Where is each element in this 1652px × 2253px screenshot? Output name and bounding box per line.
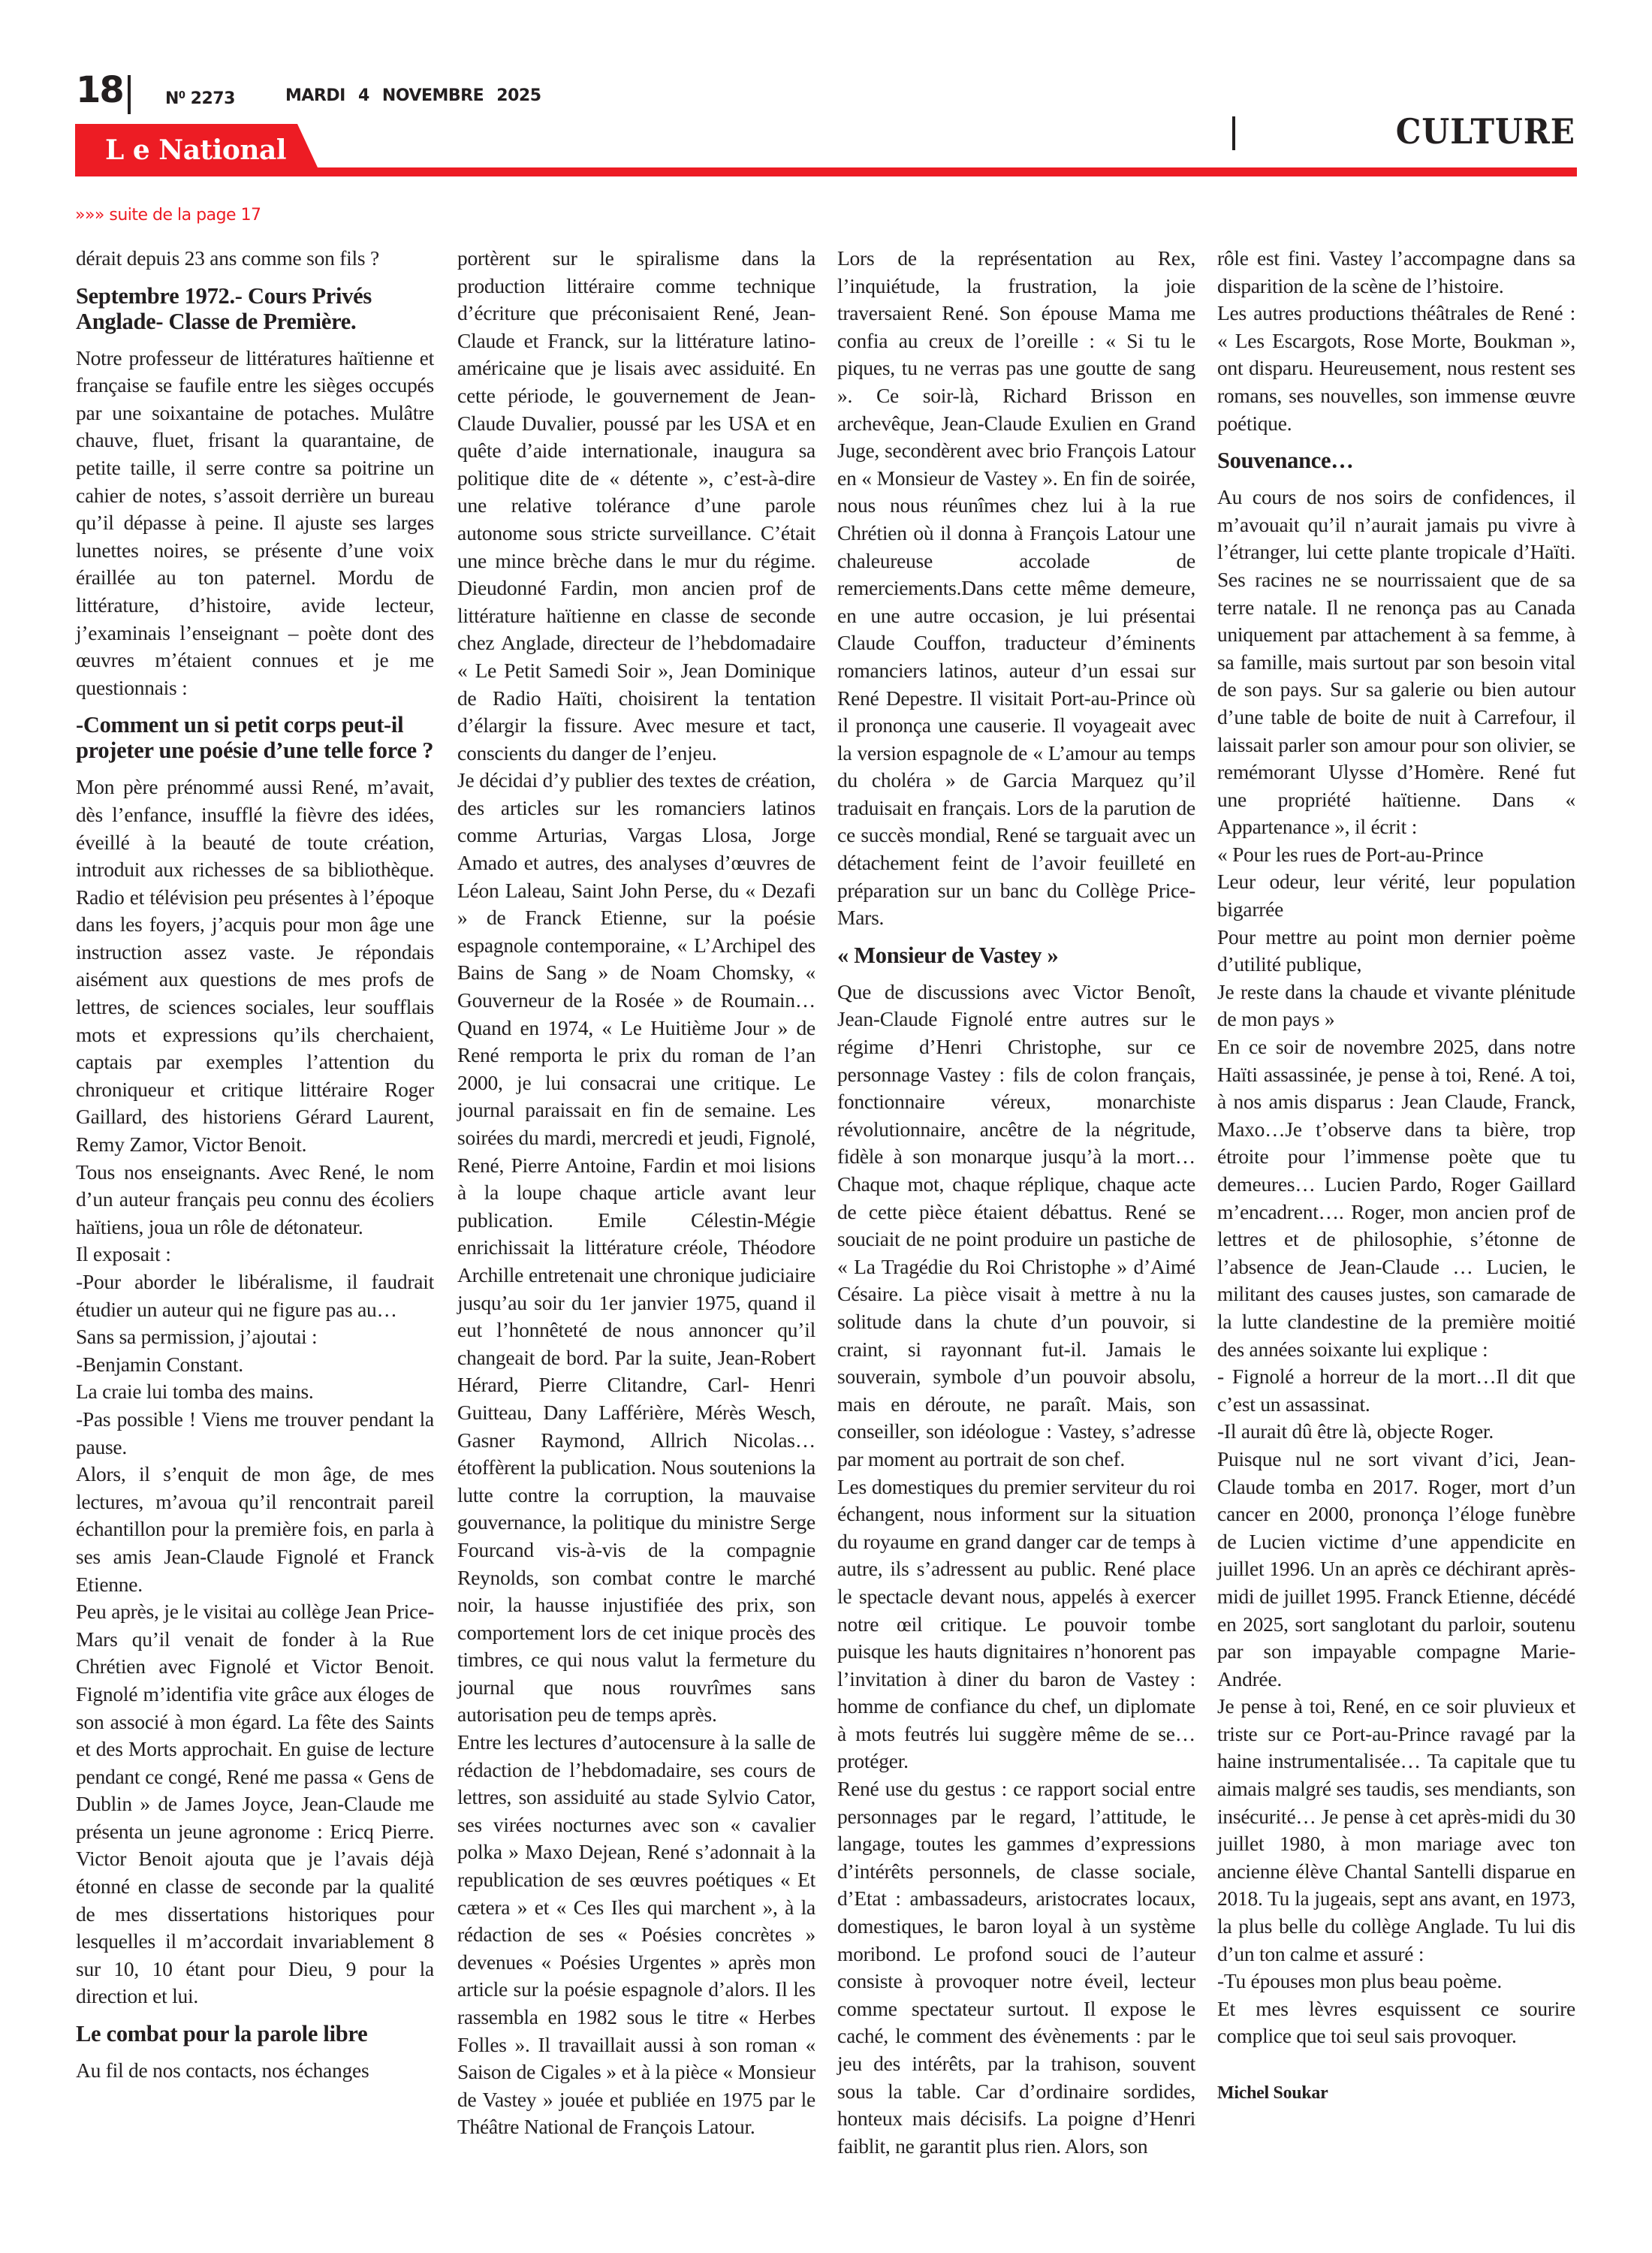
issue-sup: 0	[179, 90, 185, 101]
author-signature: Michel Soukar	[1217, 2080, 1575, 2106]
page-number: 18	[76, 69, 123, 111]
article-paragraph: Mon père prénommé aussi René, m’avait, d…	[76, 774, 434, 1158]
page-number-divider	[128, 75, 131, 114]
article-paragraph: Il exposait :	[76, 1241, 434, 1268]
article-paragraph: Lors de la représentation au Rex, l’inqu…	[837, 245, 1195, 932]
article-paragraph: Entre les lectures d’autocensure à la sa…	[457, 1729, 815, 2141]
article-subheading: Septembre 1972.- Cours Privés Anglade- C…	[76, 283, 434, 334]
article-paragraph: René use du gestus : ce rapport social e…	[837, 1775, 1195, 2160]
article-paragraph: Leur odeur, leur vérité, leur population…	[1217, 868, 1575, 923]
article-paragraph: Les domestiques du premier serviteur du …	[837, 1473, 1195, 1776]
continued-from-link[interactable]: »»» suite de la page 17	[75, 205, 261, 226]
issue-number: N0 2273	[165, 86, 235, 109]
article-paragraph: « Pour les rues de Port-au-Prince	[1217, 841, 1575, 869]
article-paragraph: -Benjamin Constant.	[76, 1351, 434, 1379]
article-column-1: dérait depuis 23 ans comme son fils ?Sep…	[76, 245, 434, 2085]
article-paragraph: Alors, il s’enquit de mon âge, de mes le…	[76, 1461, 434, 1598]
article-paragraph: Tous nos enseignants. Avec René, le nom …	[76, 1159, 434, 1241]
article-paragraph: -Pas possible ! Viens me trouver pendant…	[76, 1406, 434, 1461]
article-subheading: -Comment un si petit corps peut-il proje…	[76, 712, 434, 763]
article-paragraph: -Pour aborder le libéralisme, il faudrai…	[76, 1268, 434, 1323]
article-column-3: Lors de la représentation au Rex, l’inqu…	[837, 245, 1195, 2160]
article-paragraph: Les autres productions théâtrales de Ren…	[1217, 300, 1575, 437]
newspaper-logo: L e National	[105, 134, 286, 167]
article-paragraph: Pour mettre au point mon dernier poème d…	[1217, 924, 1575, 979]
article-paragraph: Je reste dans la chaude et vivante pléni…	[1217, 979, 1575, 1033]
article-paragraph: -Tu épouses mon plus beau poème.	[1217, 1968, 1575, 1995]
article-paragraph: -Il aurait dû être là, objecte Roger.	[1217, 1418, 1575, 1446]
article-column-4: rôle est fini. Vastey l’accompagne dans …	[1217, 245, 1575, 2116]
article-paragraph: - Fignolé a horreur de la mort…Il dit qu…	[1217, 1363, 1575, 1418]
article-subheading: Souvenance…	[1217, 448, 1575, 473]
article-paragraph: Que de discussions avec Victor Benoît, J…	[837, 979, 1195, 1473]
article-paragraph: rôle est fini. Vastey l’accompagne dans …	[1217, 245, 1575, 300]
brand-band-shape	[75, 124, 1577, 176]
article-paragraph: En ce soir de novembre 2025, dans notre …	[1217, 1033, 1575, 1363]
article-paragraph: Je pense à toi, René, en ce soir pluvieu…	[1217, 1693, 1575, 1968]
article-paragraph: Au fil de nos contacts, nos échanges	[76, 2057, 434, 2085]
article-paragraph: Au cours de nos soirs de confidences, il…	[1217, 484, 1575, 841]
article-column-2: portèrent sur le spiralisme dans la prod…	[457, 245, 815, 2141]
article-subheading: Le combat pour la parole libre	[76, 2021, 434, 2046]
issue-number-value: 2273	[191, 89, 235, 108]
article-paragraph: Notre professeur de littératures haïtien…	[76, 345, 434, 702]
article-subheading: « Monsieur de Vastey »	[837, 943, 1195, 968]
article-paragraph: Peu après, je le visitai au collège Jean…	[76, 1598, 434, 2010]
issue-prefix: N	[165, 89, 179, 108]
brand-band	[75, 124, 1577, 176]
article-paragraph: Et mes lèvres esquissent ce sourire comp…	[1217, 1995, 1575, 2050]
article-paragraph: portèrent sur le spiralisme dans la prod…	[457, 245, 815, 767]
article-paragraph: Puisque nul ne sort vivant d’ici, Jean-C…	[1217, 1446, 1575, 1693]
article-paragraph: La craie lui tomba des mains.	[76, 1378, 434, 1406]
issue-date: MARDI 4 NOVEMBRE 2025	[285, 86, 541, 106]
article-paragraph: dérait depuis 23 ans comme son fils ?	[76, 245, 434, 273]
article-paragraph: Sans sa permission, j’ajoutai :	[76, 1323, 434, 1351]
article-paragraph: Je décidai d’y publier des textes de cré…	[457, 767, 815, 1729]
